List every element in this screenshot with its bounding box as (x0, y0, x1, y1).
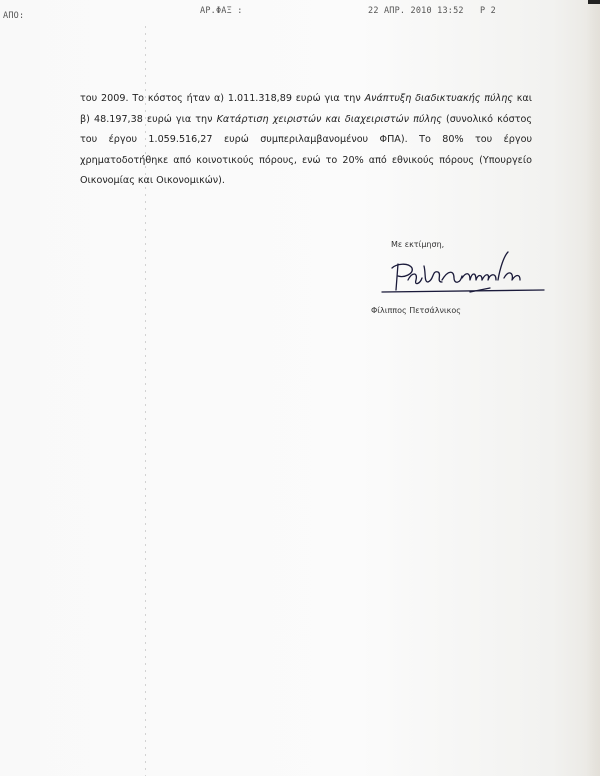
fax-number-label: ΑΡ.ΦΑΞ : (200, 6, 243, 16)
letter-body: του 2009. Το κόστος ήταν α) 1.011.318,89… (80, 89, 532, 192)
letter-paragraph: του 2009. Το κόστος ήταν α) 1.011.318,89… (80, 89, 532, 192)
text-run: του 2009. Το κόστος ήταν α) 1.011.318,89… (80, 93, 365, 104)
fax-header: ΑΠΟ: ΑΡ.ΦΑΞ : 22 ΑΠΡ. 2010 13:52 P 2 (0, 6, 600, 20)
signer-name: Φίλιππος Πετσάλνικος (371, 306, 461, 315)
letter-closing: Με εκτίμηση, (391, 240, 444, 249)
page-edge-shadow (586, 0, 600, 776)
scanned-fax-page: ΑΠΟ: ΑΡ.ΦΑΞ : 22 ΑΠΡ. 2010 13:52 P 2 του… (0, 0, 600, 776)
scan-corner-mark (588, 0, 600, 4)
fax-page-number: P 2 (480, 6, 496, 16)
fax-from-label: ΑΠΟ: (3, 11, 24, 21)
text-run-italic: Κατάρτιση χειριστών και διαχειριστών πύλ… (217, 114, 442, 125)
fax-date-time: 22 ΑΠΡ. 2010 13:52 (368, 6, 464, 16)
text-run-italic: Ανάπτυξη διαδικτυακής πύλης (365, 93, 513, 104)
handwritten-signature (378, 250, 548, 300)
